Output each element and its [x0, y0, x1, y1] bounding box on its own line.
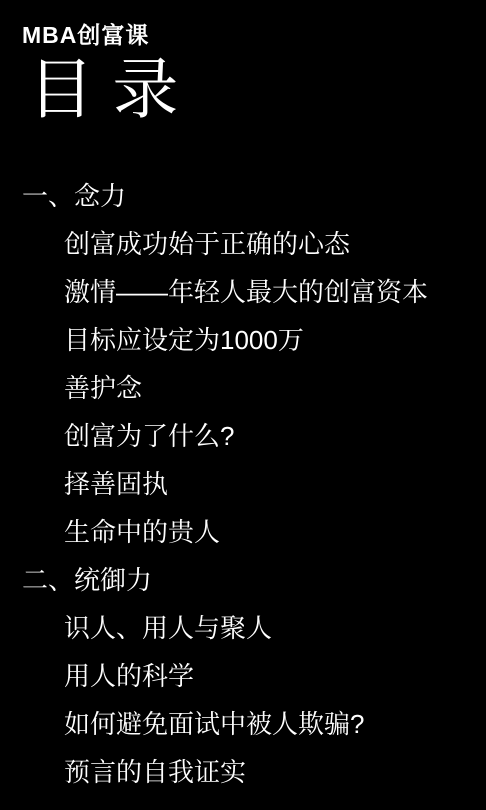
toc-entry-item[interactable]: 识人、用人与聚人 — [0, 604, 486, 652]
toc-entry-item[interactable]: 生命中的贵人 — [0, 508, 486, 556]
toc-entry-item[interactable]: 激情——年轻人最大的创富资本 — [0, 268, 486, 316]
toc-page: MBA创富课 目 录 一、念力创富成功始于正确的心态激情——年轻人最大的创富资本… — [0, 0, 486, 810]
toc-entry-item[interactable]: 善护念 — [0, 364, 486, 412]
toc-title: 目 录 — [28, 46, 178, 132]
toc-entry-item[interactable]: 如何避免面试中被人欺骗? — [0, 700, 486, 748]
toc-entry-item[interactable]: 目标应设定为1000万 — [0, 316, 486, 364]
toc-entry-item[interactable]: 预言的自我证实 — [0, 748, 486, 796]
toc-list: 一、念力创富成功始于正确的心态激情——年轻人最大的创富资本目标应设定为1000万… — [0, 172, 486, 796]
toc-section-item[interactable]: 一、念力 — [0, 172, 486, 220]
toc-entry-item[interactable]: 用人的科学 — [0, 652, 486, 700]
toc-entry-item[interactable]: 择善固执 — [0, 460, 486, 508]
toc-entry-item[interactable]: 创富成功始于正确的心态 — [0, 220, 486, 268]
toc-entry-item[interactable]: 创富为了什么? — [0, 412, 486, 460]
toc-section-item[interactable]: 二、统御力 — [0, 556, 486, 604]
